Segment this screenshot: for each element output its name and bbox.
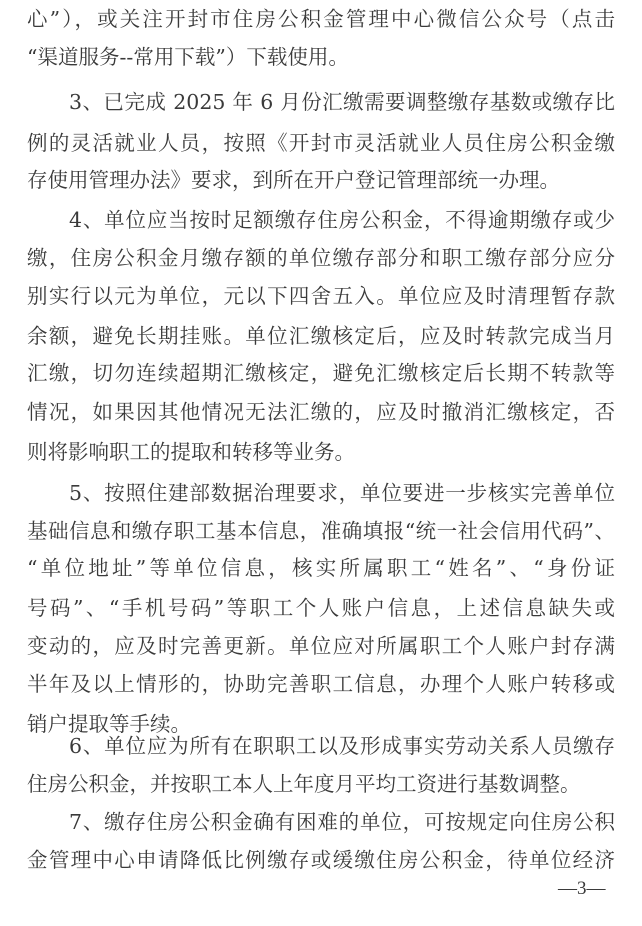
paragraph-6-line-1: 6、单位应为所有在职职工以及形成事实劳动关系人员缴存 xyxy=(27,727,615,765)
page-number: —3— xyxy=(558,876,606,902)
paragraph-5-line-5: 变动的，应及时完善更新。单位应对所属职工个人账户封存满 xyxy=(27,627,615,665)
paragraph-5-line-6: 半年及以上情形的，协助完善职工信息，办理个人账户转移或 xyxy=(27,665,615,703)
paragraph-4-line-4: 余额，避免长期挂账。单位汇缴核定后，应及时转款完成当月 xyxy=(27,317,615,355)
paragraph-continuation-line-2: “渠道服务--常用下载”）下载使用。 xyxy=(27,38,615,76)
paragraph-4-line-2: 缴，住房公积金月缴存额的单位缴存部分和职工缴存部分应分 xyxy=(27,239,615,277)
paragraph-5-line-3: “单位地址”等单位信息，核实所属职工“姓名”、“身份证 xyxy=(27,549,615,587)
paragraph-continuation-line-1: 心”），或关注开封市住房公积金管理中心微信公众号（点击 xyxy=(27,0,615,38)
paragraph-3-line-1: 3、已完成 2025 年 6 月份汇缴需要调整缴存基数或缴存比 xyxy=(27,83,615,121)
paragraph-3-line-3: 存使用管理办法》要求，到所在开户登记管理部统一办理。 xyxy=(27,161,615,199)
paragraph-4-line-6: 情况，如果因其他情况无法汇缴的，应及时撤消汇缴核定，否 xyxy=(27,393,615,431)
paragraph-4-line-5: 汇缴，切勿连续超期汇缴核定，避免汇缴核定后长期不转款等 xyxy=(27,354,615,392)
paragraph-5-line-4: 号码”、“手机号码”等职工个人账户信息，上述信息缺失或 xyxy=(27,589,615,627)
paragraph-5-line-1: 5、按照住建部数据治理要求，单位要进一步核实完善单位 xyxy=(27,474,615,512)
paragraph-4-line-3: 别实行以元为单位，元以下四舍五入。单位应及时清理暂存款 xyxy=(27,277,615,315)
paragraph-3-line-2: 例的灵活就业人员，按照《开封市灵活就业人员住房公积金缴 xyxy=(27,124,615,162)
paragraph-5-line-2: 基础信息和缴存职工基本信息，准确填报“统一社会信用代码”、 xyxy=(27,512,615,550)
paragraph-7-line-1: 7、缴存住房公积金确有困难的单位，可按规定向住房公积 xyxy=(27,803,615,841)
paragraph-4-line-1: 4、单位应当按时足额缴存住房公积金，不得逾期缴存或少 xyxy=(27,201,615,239)
paragraph-4-line-7: 则将影响职工的提取和转移等业务。 xyxy=(27,433,615,471)
paragraph-6-line-2: 住房公积金，并按职工本人上年度月平均工资进行基数调整。 xyxy=(27,765,615,803)
paragraph-7-line-2: 金管理中心申请降低比例缴存或缓缴住房公积金，待单位经济 xyxy=(27,841,615,879)
